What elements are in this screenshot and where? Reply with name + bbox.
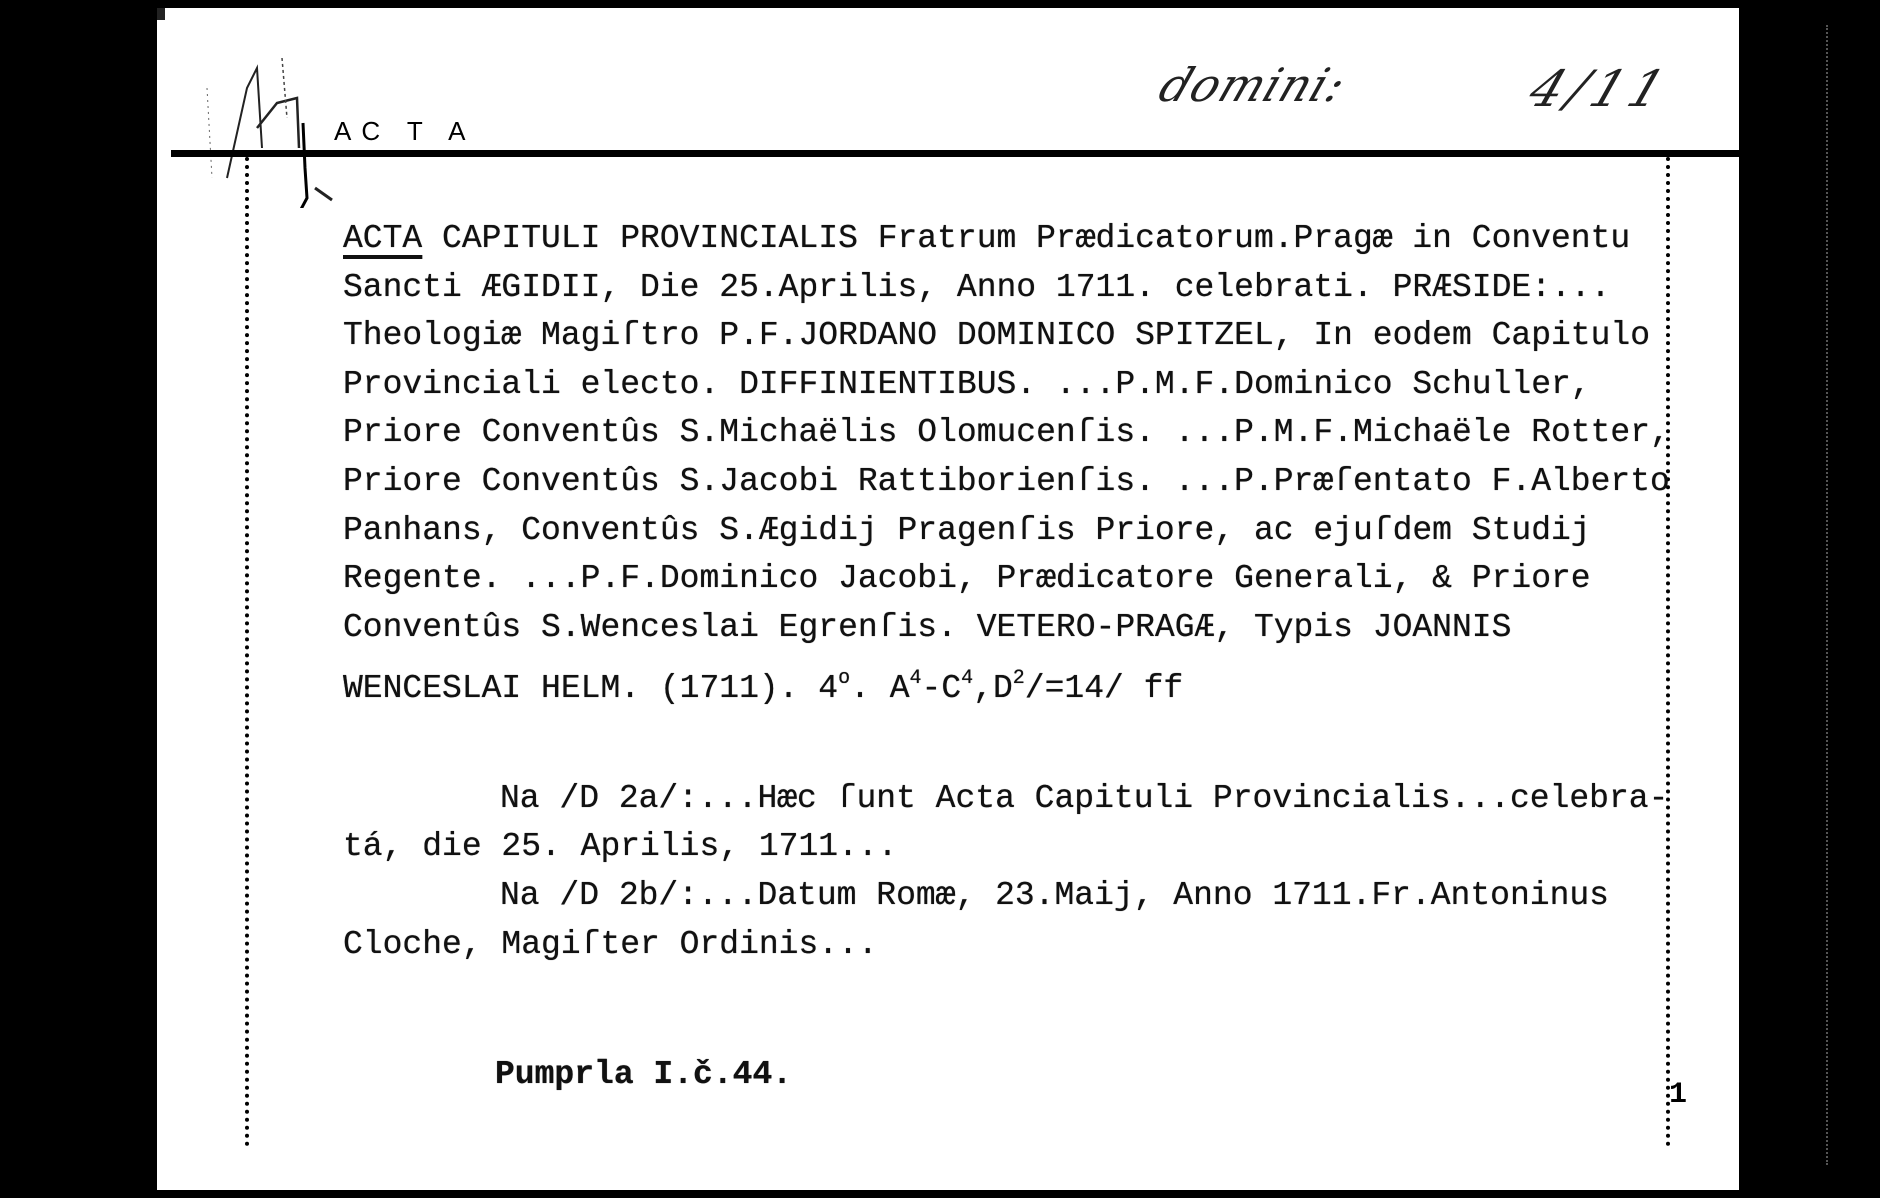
record-line-text: Panhans, Conventûs S.Ægidij Pragenſis Pr… xyxy=(343,512,1591,549)
record-line-text: Provinciali electo. DIFFINIENTIBUS. ...P… xyxy=(343,366,1591,403)
title-lead-word: ACTA xyxy=(343,220,422,257)
record-line: Regente. ...P.F.Dominico Jacobi, Prædica… xyxy=(343,562,1591,595)
collation-imprint: WENCESLAI HELM. (1711). 4 xyxy=(343,670,838,707)
handwritten-annotation: domini: xyxy=(1152,58,1354,112)
note-line: tá, die 25. Aprilis, 1711... xyxy=(343,830,898,863)
record-line: Priore Conventûs S.Jacobi Rattiborienſis… xyxy=(343,465,1670,498)
signature-d-sup: 2 xyxy=(1013,667,1025,690)
record-line: Sancti ÆGIDII, Die 25.Aprilis, Anno 1711… xyxy=(343,271,1610,304)
record-line: Priore Conventûs S.Michaëlis Olomucenſis… xyxy=(343,416,1670,449)
card-page-number: 1 xyxy=(1669,1080,1687,1110)
record-line-text: Theologiæ Magiſtro P.F.JORDANO DOMINICO … xyxy=(343,317,1650,354)
header-rule xyxy=(171,150,1739,157)
format-sup: o xyxy=(838,667,850,690)
reference-citation: Pumprla I.č.44. xyxy=(495,1058,792,1091)
record-line-text: CAPITULI PROVINCIALIS Fratrum Prædicator… xyxy=(422,220,1630,257)
record-line-text: Conventûs S.Wenceslai Egrenſis. VETERO-P… xyxy=(343,609,1511,646)
signature-a: . A xyxy=(850,670,909,707)
signature-d: ,D xyxy=(973,670,1013,707)
handwritten-number: 4/11 xyxy=(1521,60,1678,118)
record-line-text: Regente. ...P.F.Dominico Jacobi, Prædica… xyxy=(343,560,1591,597)
record-line-text: Sancti ÆGIDII, Die 25.Aprilis, Anno 1711… xyxy=(343,269,1610,306)
catalog-card: AC T A domini: 4/11 ACTA CAPITULI PROVIN… xyxy=(157,8,1739,1190)
record-line: Provinciali electo. DIFFINIENTIBUS. ...P… xyxy=(343,368,1591,401)
record-line: Theologiæ Magiſtro P.F.JORDANO DOMINICO … xyxy=(343,319,1650,352)
record-line-text: Priore Conventûs S.Jacobi Rattiborienſis… xyxy=(343,463,1670,500)
acta-stamp: AC T A xyxy=(334,118,475,144)
collation-line: WENCESLAI HELM. (1711). 4o. A4-C4,D2/=14… xyxy=(343,672,1183,705)
record-line-text: Priore Conventûs S.Michaëlis Olomucenſis… xyxy=(343,414,1670,451)
record-line: Panhans, Conventûs S.Ægidij Pragenſis Pr… xyxy=(343,514,1591,547)
handwritten-initials-icon xyxy=(187,28,337,208)
signature-c-sup: 4 xyxy=(961,667,973,690)
note-line: Na /D 2a/:...Hæc ſunt Acta Capituli Prov… xyxy=(500,782,1668,815)
signature-c: -C xyxy=(922,670,962,707)
note-line: Cloche, Magiſter Ordinis... xyxy=(343,928,878,961)
note-line: Na /D 2b/:...Datum Romæ, 23.Maij, Anno 1… xyxy=(500,879,1609,912)
scanner-edge-dots xyxy=(1826,25,1828,1165)
record-line: ACTA CAPITULI PROVINCIALIS Fratrum Prædi… xyxy=(343,222,1630,255)
signature-a-sup: 4 xyxy=(910,667,922,690)
right-margin-line xyxy=(1666,157,1670,1147)
left-margin-line xyxy=(245,157,249,1147)
record-line: Conventûs S.Wenceslai Egrenſis. VETERO-P… xyxy=(343,611,1511,644)
card-corner-mark xyxy=(157,8,165,20)
leaf-count: /=14/ ff xyxy=(1025,670,1183,707)
